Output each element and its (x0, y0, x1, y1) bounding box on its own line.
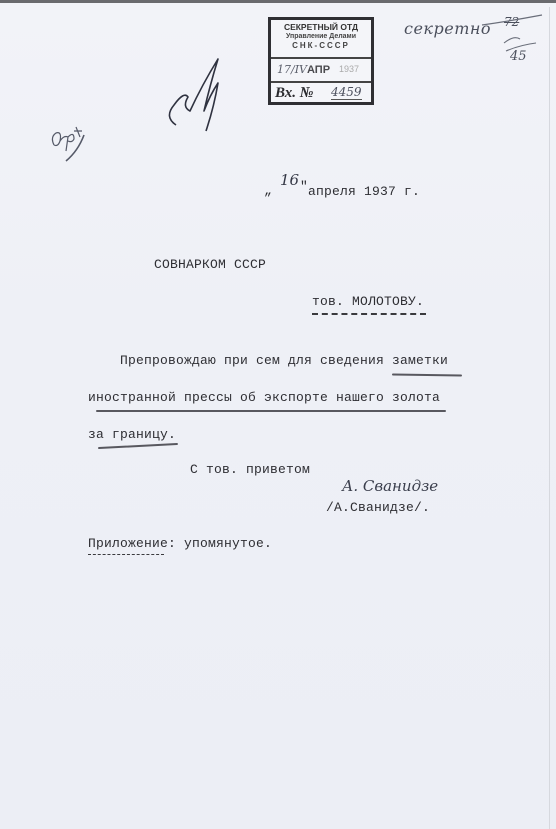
date-text: апреля 1937 г. (308, 184, 420, 199)
pen-underline-1 (392, 374, 462, 377)
attachment-note: Приложение: упомянутое. (88, 536, 272, 551)
page-edge (549, 7, 550, 829)
attachment-underline (88, 554, 164, 555)
margin-initials-left (48, 115, 98, 165)
margin-strokes (480, 13, 550, 63)
body-line-2: иностранной прессы об экспорте нашего зо… (88, 390, 440, 405)
closing: С тов. приветом (190, 462, 310, 477)
stamp-date-year: 1937 (339, 64, 359, 74)
body-line-1: Препровождаю при сем для сведения заметк… (120, 353, 448, 368)
addressee-org: СОВНАРКОМ СССР (154, 257, 266, 272)
stamp-dept: СЕКРЕТНЫЙ ОТД (271, 23, 371, 32)
signature-typed: /А.Сванидзе/. (326, 500, 430, 515)
stamp-incoming-label: Вх. № (275, 85, 314, 102)
resolution-mark (160, 55, 230, 135)
body-line-3: за границу. (88, 427, 176, 442)
stamp-header: СЕКРЕТНЫЙ ОТД Управление Делами СНК-СССР (271, 20, 371, 59)
date-day-handwritten: 16 (280, 171, 299, 189)
stamp-office: Управление Делами (271, 32, 371, 41)
registration-stamp: СЕКРЕТНЫЙ ОТД Управление Делами СНК-СССР… (268, 17, 374, 105)
signature-handwritten: А. Сванидзе (342, 477, 438, 495)
stamp-date-row: 17/IV АПР 1937 (271, 59, 371, 83)
pen-underline-2 (96, 410, 446, 412)
document-page: СЕКРЕТНЫЙ ОТД Управление Делами СНК-СССР… (0, 0, 556, 829)
date-close-quote: " (300, 179, 308, 194)
addressee-underline (312, 313, 426, 315)
stamp-date-day: 17/IV (277, 63, 307, 76)
stamp-incoming-number: 4459 (331, 85, 362, 100)
date-open-quote: „ (264, 183, 272, 198)
stamp-incoming-row: Вх. № 4459 (271, 83, 371, 105)
pen-underline-3 (98, 443, 178, 449)
addressee-person: тов. МОЛОТОВУ. (312, 294, 424, 309)
stamp-org: СНК-СССР (271, 41, 371, 50)
stamp-date-month: АПР (307, 64, 330, 76)
margin-note-secret: секретно (404, 19, 491, 38)
